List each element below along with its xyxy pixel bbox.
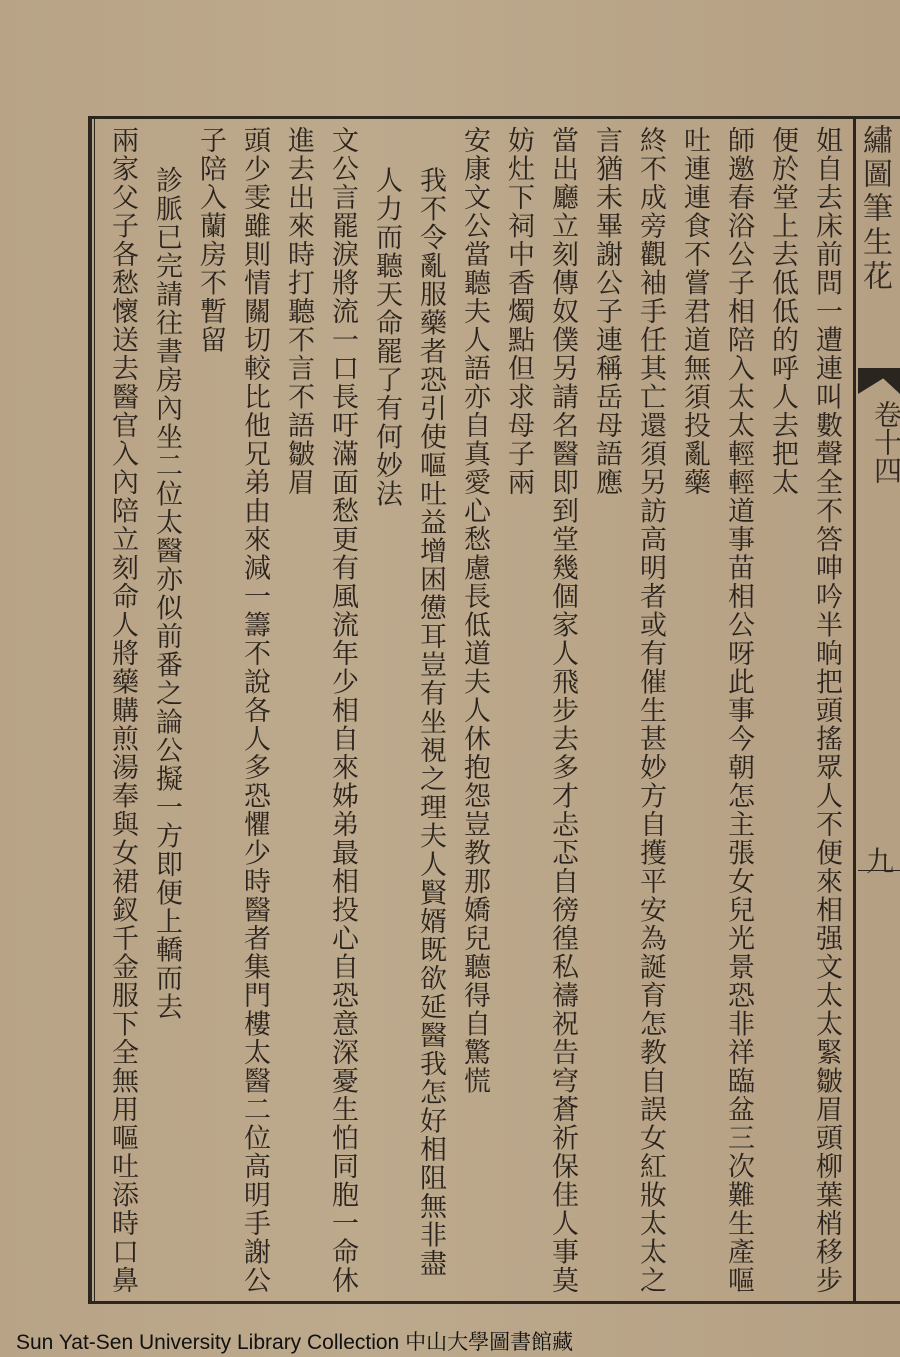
collection-caption: Sun Yat-Sen University Library Collectio… [16, 1326, 573, 1356]
text-column: 兩家父子各愁懷送去醫官入內陪立刻命人將藥購煎湯奉與女裙釵千金服下全無用嘔吐添時口… [100, 126, 144, 1296]
main-text-body: 姐自去床前問一遭連叫數聲全不答呻吟半晌把頭搖眾人不便來相强文太太緊皺眉頭柳葉梢移… [100, 126, 848, 1296]
page-number: 九 [866, 840, 894, 880]
text-column: 姐自去床前問一遭連叫數聲全不答呻吟半晌把頭搖眾人不便來相强文太太緊皺眉頭柳葉梢移… [760, 126, 848, 1296]
text-column: 師邀春浴公子相陪入太太輕輕道事苗相公呀此事今朝怎主張女兒光景恐非祥臨盆三次難生產… [672, 126, 760, 1296]
text-column: 頭少雯雖則情關切較比他兄弟由來減一籌不說各人多恐懼少時醫者集門樓太醫二位高明手謝… [188, 126, 276, 1296]
book-title: 繡圖筆生花 [862, 124, 896, 294]
text-column: 當出廳立刻傳奴僕另請名醫即到堂幾個家人飛步去多才忐忑自徬徨私禱祝告穹蒼祈保佳人事… [496, 126, 584, 1296]
center-margin-banxin [856, 116, 900, 1304]
text-column: 我不令亂服藥者恐引使嘔吐益增困憊耳豈有坐視之理夫人賢婿既欲延醫我怎好相阻無非盡人… [364, 126, 452, 1296]
inner-border-line [94, 116, 95, 1304]
text-column: 診脈已完請往書房內坐二位太醫亦似前番之論公擬一方即便上轎而去 [144, 126, 188, 1296]
text-column: 安康文公當聽夫人語亦自真愛心愁慮長低道夫人休抱怨豈教那嬌兒聽得自驚慌 [452, 126, 496, 1296]
text-column: 文公言罷淚將流一口長吁滿面愁更有風流年少相自來姊弟最相投心自恐意深憂生怕同胞一命… [276, 126, 364, 1296]
text-column: 終不成旁觀袖手任其亡還須另訪高明者或有催生甚妙方自擭平安為誕育怎教自誤女紅妝太太… [584, 126, 672, 1296]
volume-label: 卷十四 [866, 400, 900, 484]
page-number-divider [858, 870, 900, 871]
